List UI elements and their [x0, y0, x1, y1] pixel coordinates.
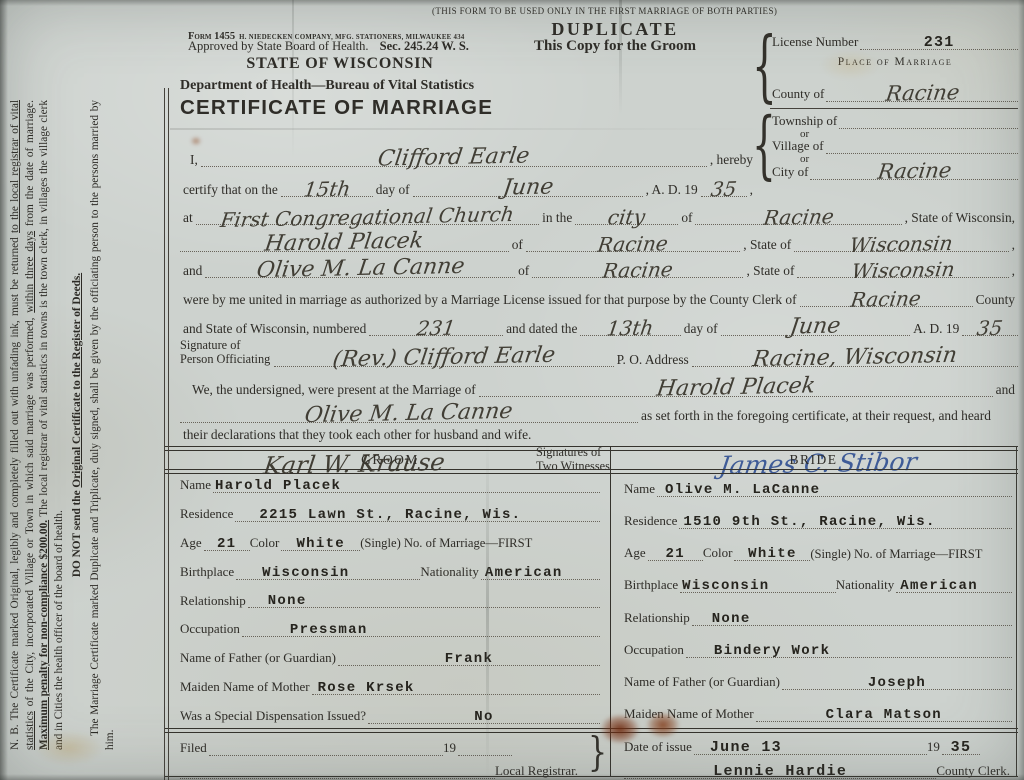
groom-mother-label: Maiden Name of Mother	[180, 680, 312, 695]
city-place-hw: Racine	[762, 206, 835, 227]
groom-residence-label: Residence	[180, 507, 235, 522]
county-row: County of Racine	[772, 70, 1018, 102]
state-heading: STATE OF WISCONSIN	[200, 55, 480, 73]
groom-name-hw: Harold Placek	[264, 230, 425, 255]
groom-father-row: Name of Father (or Guardian) Frank	[180, 651, 600, 666]
bride-color-value: White	[748, 547, 797, 561]
declarations-text: their declarations that they took each o…	[180, 427, 534, 442]
of-label-1: of	[678, 210, 695, 225]
certificate-title: CERTIFICATE OF MARRIAGE	[180, 96, 493, 120]
bride-occupation-row: Occupation Bindery Work	[624, 643, 1012, 658]
numbered-label: and State of Wisconsin, numbered	[180, 321, 369, 336]
groom-age-value: 21	[217, 537, 236, 551]
bride-father-label: Name of Father (or Guardian)	[624, 675, 782, 690]
bride-name-hw: Olive M. La Canne	[255, 256, 466, 282]
bride-nationality-label: Nationality	[836, 578, 897, 593]
city-word-hw: city	[607, 207, 647, 228]
bride-birthplace-label: Birthplace	[624, 578, 680, 593]
margin-paragraph-1: N. B. The Certificate marked Original, l…	[8, 100, 67, 750]
groom-dispensation-row: Was a Special Dispensation Issued? No	[180, 709, 600, 724]
bride-occupation-label: Occupation	[624, 643, 686, 658]
county-clerk-row: Lennie Hardie County Clerk.	[624, 757, 1012, 779]
groom-relationship-value: None	[268, 594, 307, 608]
state-of-label-1: , State of	[740, 237, 794, 252]
license-number-row: License Number 231	[772, 32, 1018, 50]
comma-1: ,	[747, 182, 756, 197]
comma-2: ,	[1009, 237, 1018, 252]
approved-line: Approved by State Board of Health. Sec. …	[188, 39, 469, 54]
county-clerk-signature: Lennie Hardie	[713, 764, 847, 779]
hereby-word: , hereby	[707, 152, 756, 167]
groom-residence-value: 2215 Lawn St., Racine, Wis.	[259, 508, 521, 522]
approved-text: Approved by State Board of Health.	[188, 39, 369, 53]
paper-crease-horizontal	[170, 128, 770, 130]
left-margin-text-block: N. B. The Certificate marked Original, l…	[8, 100, 166, 750]
paper-crease-vertical-2	[619, 0, 622, 115]
filed-row: Filed 19	[180, 736, 580, 756]
officiant-name-hw: Clifford Earle	[377, 145, 532, 170]
license-number-value: 231	[924, 35, 955, 50]
sig-officiating-label: Signature of Person Officiating	[180, 339, 274, 367]
and-label-2: and	[993, 382, 1018, 397]
sig-officiating-label-top: Signature of	[180, 339, 270, 353]
present-groom-hw: Harold Placek	[655, 375, 816, 400]
first-marriage-note: (THIS FORM TO BE USED ONLY IN THE FIRST …	[432, 6, 772, 16]
bride-residence-label: Residence	[624, 514, 679, 529]
filed-19-label: 19	[443, 741, 458, 756]
united-line: were by me united in marriage as authori…	[180, 278, 1018, 307]
groom-nationality-label: Nationality	[420, 565, 481, 580]
present-bride-hw: Olive M. La Canne	[304, 401, 515, 427]
witness-present-line: We, the undersigned, were present at the…	[180, 367, 1018, 397]
bride-mother-label: Maiden Name of Mother	[624, 707, 756, 722]
of-label-2: of	[509, 237, 526, 252]
dated-label: and dated the	[503, 321, 580, 336]
groom-nationality-value: American	[485, 566, 563, 580]
groom-occupation-value: Pressman	[290, 623, 368, 637]
certificate-body: I, Clifford Earle , hereby certify that …	[180, 142, 1018, 474]
date-of-issue-row: Date of issue June 13 19 35	[624, 734, 1012, 755]
bride-father-value: Joseph	[868, 676, 926, 690]
ad19-label: , A. D. 19	[643, 182, 701, 197]
groom-color-label: Color	[250, 536, 282, 551]
groom-relationship-row: Relationship None	[180, 594, 600, 609]
officiating-signature-line: Signature of Person Officiating (Rev.) C…	[180, 336, 1018, 367]
ad19-label-2: A. D. 19	[910, 321, 962, 336]
and-label-1: and	[180, 263, 205, 278]
groom-mother-value: Rose Krsek	[318, 681, 415, 695]
bride-age-label: Age	[624, 546, 648, 561]
county-value: Racine	[884, 82, 960, 105]
groom-marriage-note: (Single) No. of Marriage—FIRST	[360, 536, 534, 550]
in-the-label: in the	[539, 210, 575, 225]
scan-edge-right	[1018, 0, 1024, 780]
bride-marriage-note: (Single) No. of Marriage—FIRST	[810, 547, 984, 561]
footer-issue-section: Date of issue June 13 19 35 Lennie Hardi…	[624, 734, 1012, 779]
groom-name-label: Name	[180, 478, 213, 493]
united-text: were by me united in marriage as authori…	[180, 292, 800, 307]
groom-name-value: Harold Placek	[215, 479, 341, 493]
groom-relationship-label: Relationship	[180, 594, 248, 609]
day-of-label: day of	[373, 182, 413, 197]
bride-mother-value: Clara Matson	[826, 708, 942, 722]
left-margin-instructions: N. B. The Certificate marked Original, l…	[8, 100, 166, 760]
groom-color-value: White	[296, 537, 345, 551]
groom-name-row: Name Harold Placek	[180, 478, 600, 493]
church-value-hw: First Congregational Church	[219, 204, 515, 230]
groom-age-row: Age 21 Color White (Single) No. of Marri…	[180, 536, 600, 551]
township-label: Township of	[772, 114, 839, 129]
county-word: County	[973, 292, 1018, 307]
certificate-document: N. B. The Certificate marked Original, l…	[0, 0, 1024, 780]
bride-residence-value: 1510 9th St., Racine, Wis.	[683, 515, 935, 529]
groom-father-value: Frank	[445, 652, 494, 666]
groom-mother-row: Maiden Name of Mother Rose Krsek	[180, 680, 600, 695]
bride-relationship-row: Relationship None	[624, 611, 1012, 626]
footer-filed-section: Filed 19 Local Registrar.	[180, 736, 580, 779]
groom-dispensation-label: Was a Special Dispensation Issued?	[180, 709, 368, 724]
date-line: certify that on the 15th day of June , A…	[180, 167, 756, 197]
table-right-rule	[1016, 446, 1017, 777]
groom-occupation-label: Occupation	[180, 622, 242, 637]
bride-nationality-value: American	[900, 579, 978, 593]
bride-relationship-value: None	[712, 612, 751, 626]
year-value-hw: 35	[710, 179, 738, 200]
bride-state-hw: Wisconsin	[850, 259, 956, 281]
bride-name-value: Olive M. LaCanne	[665, 483, 820, 497]
officiant-line: I, Clifford Earle , hereby	[180, 142, 756, 167]
bride-mother-row: Maiden Name of Mother Clara Matson	[624, 707, 1012, 722]
curly-brace-footer: }	[588, 733, 607, 774]
department-heading: Department of Health—Bureau of Vital Sta…	[180, 78, 474, 94]
sig-officiating-label-bottom: Person Officiating	[180, 353, 270, 367]
local-registrar-row: Local Registrar.	[180, 759, 580, 779]
groom-birthplace-row: Birthplace Wisconsin Nationality America…	[180, 565, 600, 580]
margin-paragraph-2: The Marriage Certificate marked Duplicat…	[88, 100, 117, 750]
numbered-line: and State of Wisconsin, numbered 231 and…	[180, 307, 1018, 336]
license-number-label: License Number	[772, 35, 860, 50]
bride-occupation-value: Bindery Work	[714, 644, 830, 658]
clerk-county-hw: Racine	[850, 288, 923, 309]
state-of-wisconsin-label: , State of Wisconsin,	[902, 210, 1018, 225]
groom-birthplace-label: Birthplace	[180, 565, 236, 580]
license-no-hw: 231	[416, 318, 457, 339]
po-address-hw: Racine, Wisconsin	[751, 345, 958, 371]
issue-date-value: June 13	[710, 740, 782, 755]
bride-age-row: Age 21 Color White (Single) No. of Marri…	[624, 546, 1012, 561]
groom-occupation-row: Occupation Pressman	[180, 622, 600, 637]
duplicate-heading: DUPLICATE	[470, 19, 760, 40]
filed-label: Filed	[180, 741, 209, 756]
township-row: Township of	[772, 113, 1018, 129]
bride-name-label: Name	[624, 482, 657, 497]
officiant-signature-hw: (Rev.) Clifford Earle	[331, 345, 556, 372]
year2-hw: 35	[976, 318, 1004, 339]
issue-year-value: 35	[951, 740, 972, 755]
groom-column: Name Harold Placek Residence 2215 Lawn S…	[180, 478, 600, 724]
of-label-3: of	[515, 263, 532, 278]
date-of-issue-label: Date of issue	[624, 740, 694, 755]
bride-color-label: Color	[703, 546, 735, 561]
bride-birthplace-row: Birthplace Wisconsin Nationality America…	[624, 578, 1012, 593]
set-forth-line: Olive M. La Canne as set forth in the fo…	[180, 397, 1018, 423]
present-label: We, the undersigned, were present at the…	[180, 382, 479, 397]
groom-birthplace-value: Wisconsin	[262, 566, 349, 580]
day-value-hw: 15th	[302, 179, 351, 200]
groom-column-header: GROOM	[170, 452, 610, 468]
at-label: at	[180, 210, 196, 225]
scan-edge-left	[0, 0, 8, 780]
copy-for-groom-line: This Copy for the Groom	[460, 38, 770, 55]
dated-month-hw: June	[789, 315, 842, 338]
groom-age-label: Age	[180, 536, 204, 551]
dated-day-hw: 13th	[606, 318, 655, 339]
groom-dispensation-value: No	[474, 710, 493, 724]
bride-relationship-label: Relationship	[624, 611, 692, 626]
i-label: I,	[180, 152, 201, 167]
statute-section: Sec. 245.24 W. S.	[380, 39, 469, 53]
comma-3: ,	[1009, 263, 1018, 278]
bride-column-header: BRIDE	[611, 452, 1016, 468]
county-label: County of	[772, 87, 826, 102]
bride-birthplace-value: Wisconsin	[682, 579, 769, 593]
county-clerk-label: County Clerk.	[936, 764, 1012, 779]
bride-residence-row: Residence 1510 9th St., Racine, Wis.	[624, 514, 1012, 529]
local-registrar-label: Local Registrar.	[495, 764, 580, 779]
bride-age-value: 21	[666, 547, 685, 561]
certify-label: certify that on the	[180, 182, 281, 197]
bride-place-hw: Racine	[602, 259, 675, 280]
month-value-hw: June	[501, 176, 554, 199]
groom-father-label: Name of Father (or Guardian)	[180, 651, 338, 666]
groom-residence-row: Residence 2215 Lawn St., Racine, Wis.	[180, 507, 600, 522]
margin-warning-line: DO NOT send the Original Certificate to …	[70, 100, 85, 750]
bride-father-row: Name of Father (or Guardian) Joseph	[624, 675, 1012, 690]
groom-place-hw: Racine	[597, 233, 670, 254]
groom-state-hw: Wisconsin	[849, 233, 955, 255]
day-of-label-2: day of	[681, 321, 721, 336]
state-of-label-2: , State of	[743, 263, 797, 278]
panel-divider-line	[770, 108, 1018, 109]
set-forth-text: as set forth in the foregoing certificat…	[638, 408, 994, 423]
column-divider-rule	[610, 446, 611, 777]
issue-19-label: 19	[927, 740, 942, 755]
po-address-label: P. O. Address	[614, 352, 692, 367]
bride-name-row: Name Olive M. LaCanne	[624, 482, 1012, 497]
place-of-marriage-heading: Place of Marriage	[772, 56, 1018, 69]
bride-column: Name Olive M. LaCanne Residence 1510 9th…	[624, 482, 1012, 722]
